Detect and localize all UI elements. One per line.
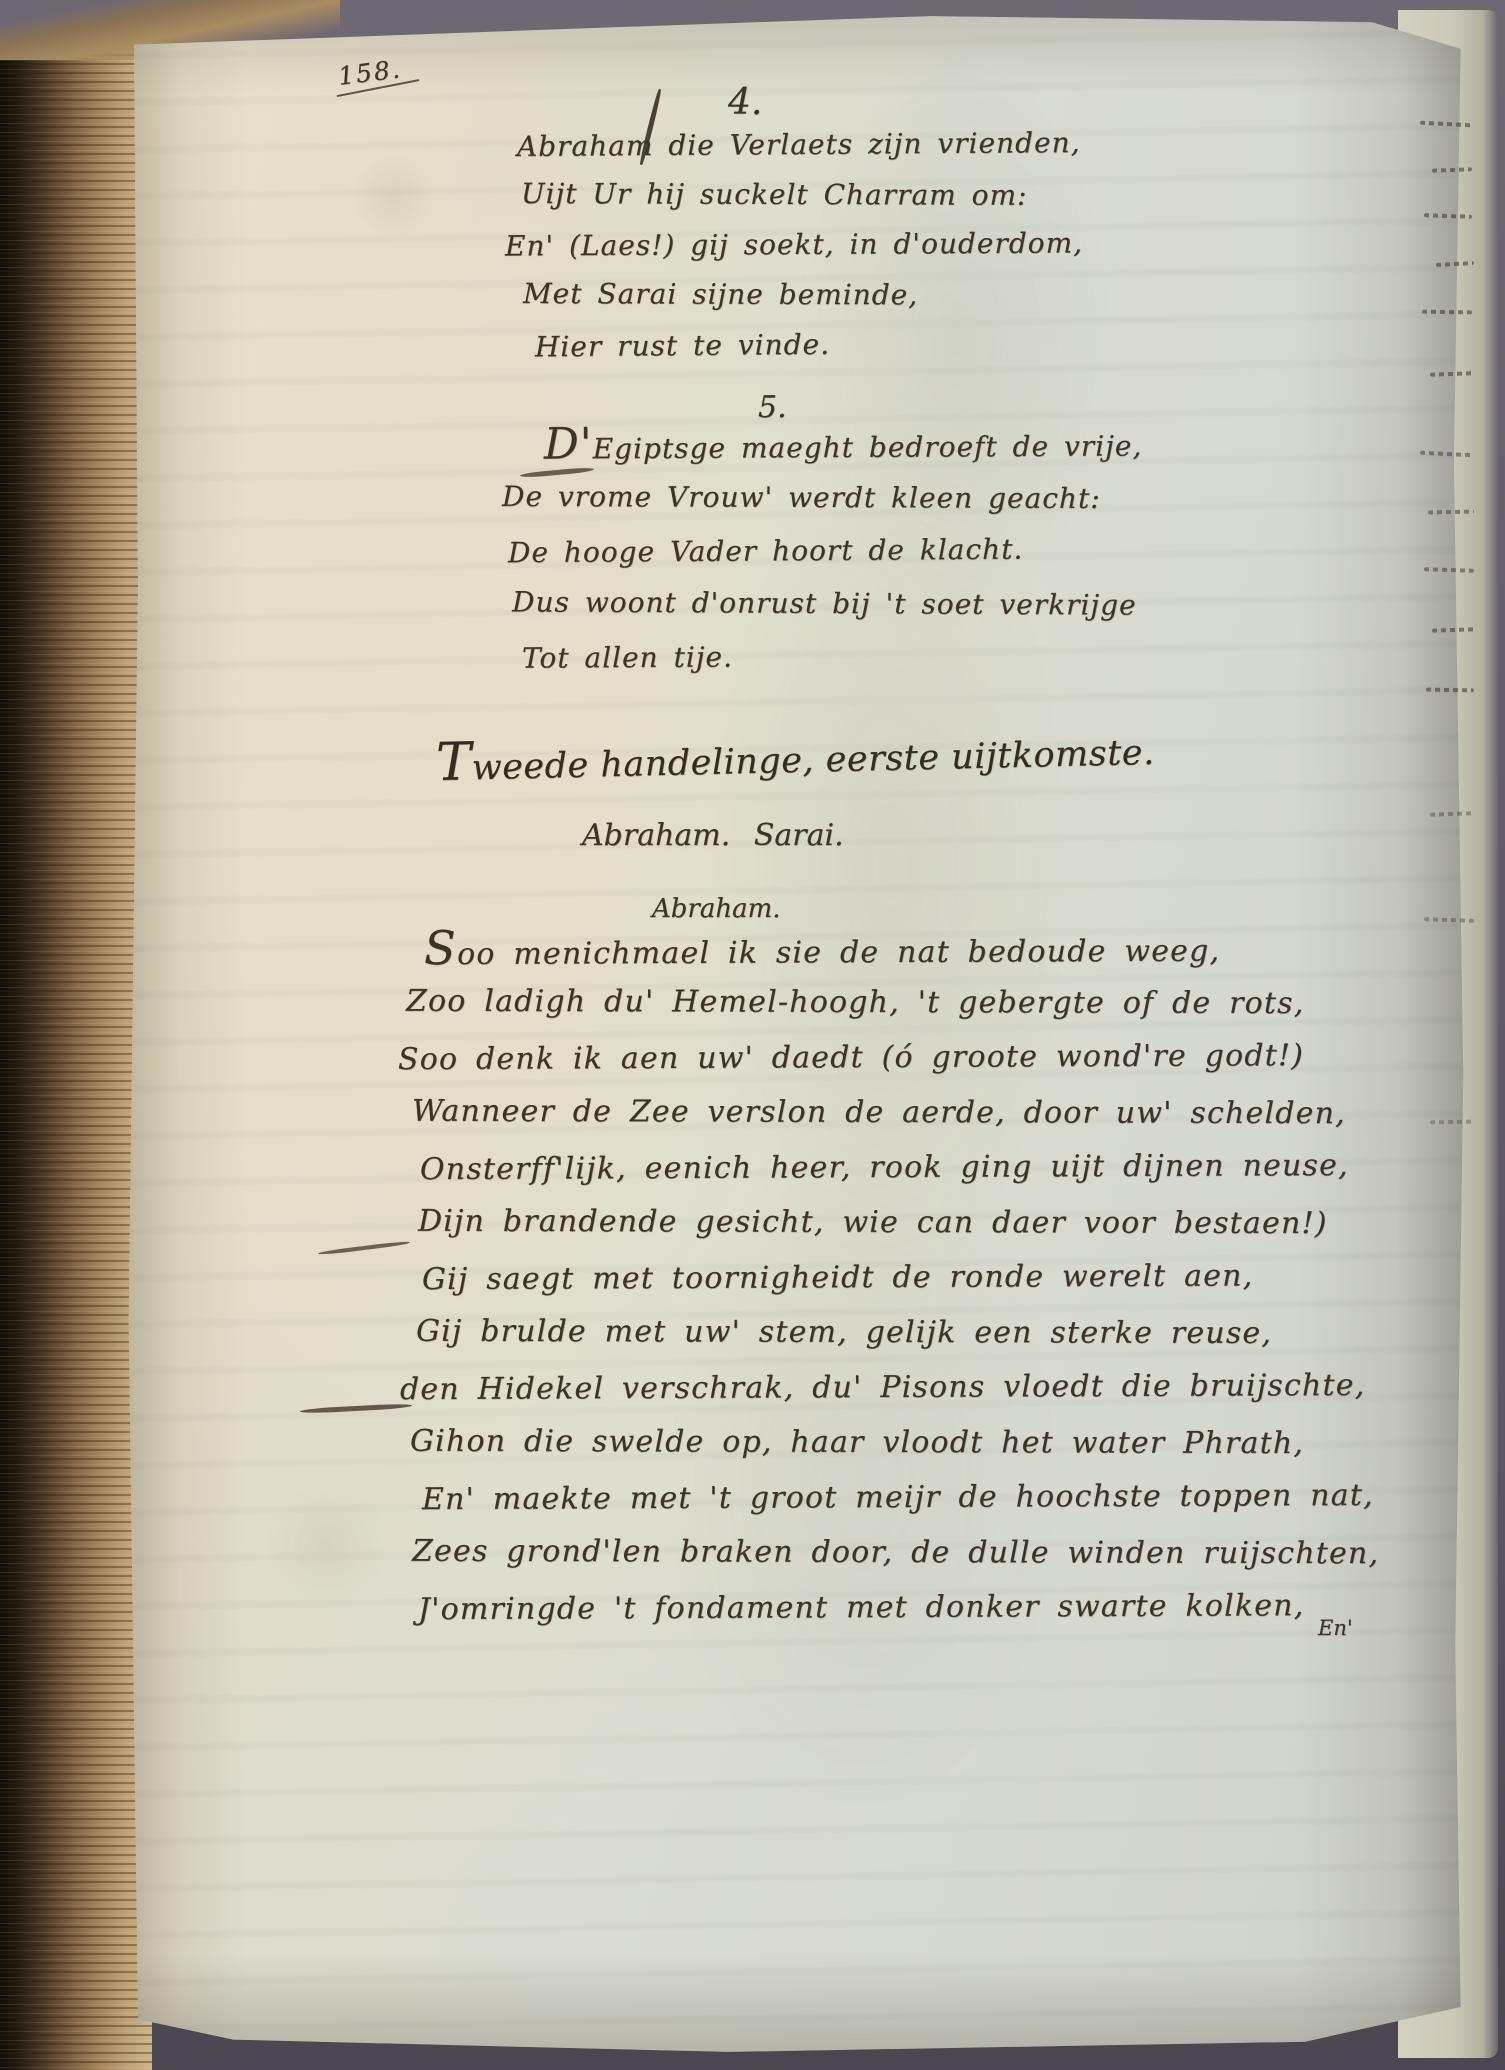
speech-line: Zees grond'len braken door, de dulle win… bbox=[412, 1534, 1379, 1592]
manuscript-photo: 158. 4. Abraham die Verlaets zijn vriend… bbox=[0, 0, 1505, 2070]
speech-line: Gihon die swelde op, haar vloodt het wat… bbox=[410, 1424, 1379, 1482]
speech-line: den Hidekel verschrak, du' Pisons vloedt… bbox=[400, 1368, 1379, 1427]
speech-line: Wanneer de Zee verslon de aerde, door uw… bbox=[412, 1094, 1379, 1152]
speech-line: Onsterff'lijk, eenich heer, rook ging ui… bbox=[420, 1148, 1379, 1207]
catchword: En' bbox=[1318, 1616, 1353, 1640]
speech-line: En' maekte met 't groot meijr de hoochst… bbox=[422, 1478, 1379, 1537]
speech-line: Soo menichmael ik sie de nat bedoude wee… bbox=[424, 928, 1379, 987]
stanza-5: D'Egiptsge maeght bedroeft de vrije, De … bbox=[502, 428, 1142, 693]
verse-line: De vrome Vrouw' werdt kleen geacht: bbox=[502, 480, 1143, 535]
speech-line: J'omringde 't fondament met donker swart… bbox=[418, 1588, 1379, 1647]
speech-block: Soo menichmael ik sie de nat bedoude wee… bbox=[398, 930, 1379, 1645]
speech-line: Gij saegt met toornigheidt de ronde were… bbox=[422, 1258, 1379, 1317]
page-edge-stack bbox=[0, 0, 152, 2070]
verse-line: D'Egiptsge maeght bedroeft de vrije, bbox=[544, 426, 1143, 482]
verse-line: Dus woont d'onrust bij 't soet verkrijge bbox=[512, 585, 1143, 641]
adjacent-page-text-fragment bbox=[1428, 510, 1474, 515]
speaker-label: Abraham. bbox=[652, 894, 781, 924]
adjacent-page-text-fragment bbox=[1426, 688, 1474, 693]
verse-line: Hier rust te vinde. bbox=[535, 326, 1084, 381]
folio-number: 158. bbox=[336, 54, 403, 91]
stanza-4: Abraham die Verlaets zijn vrienden, Uijt… bbox=[505, 128, 1083, 378]
characters-line: Abraham. Sarai. bbox=[582, 818, 844, 853]
verse-line: Tot allen tije. bbox=[522, 638, 1143, 694]
verse-line: Met Sarai sijne beminde, bbox=[523, 277, 1083, 329]
stanza-5-number: 5. bbox=[758, 390, 787, 425]
speech-line: Dijn brandende gesicht, wie can daer voo… bbox=[418, 1204, 1379, 1262]
speech-line: Soo denk ik aen uw' daedt (ó groote wond… bbox=[398, 1038, 1379, 1097]
verse-line: Abraham die Verlaets zijn vrienden, bbox=[517, 126, 1083, 180]
speech-line: Zoo ladigh du' Hemel-hoogh, 't gebergte … bbox=[406, 984, 1379, 1042]
verse-line: De hooge Vader hoort de klacht. bbox=[508, 532, 1143, 589]
adjacent-page-text-fragment bbox=[1422, 310, 1472, 315]
adjacent-page-text-fragment bbox=[1430, 1120, 1472, 1125]
speech-line: Gij brulde met uw' stem, gelijk een ster… bbox=[416, 1314, 1379, 1372]
verse-line: Uijt Ur hij suckelt Charram om: bbox=[521, 177, 1083, 229]
stanza-4-number: 4. bbox=[728, 82, 762, 123]
verse-line: En' (Laes!) gij soekt, in d'ouderdom, bbox=[505, 226, 1083, 279]
